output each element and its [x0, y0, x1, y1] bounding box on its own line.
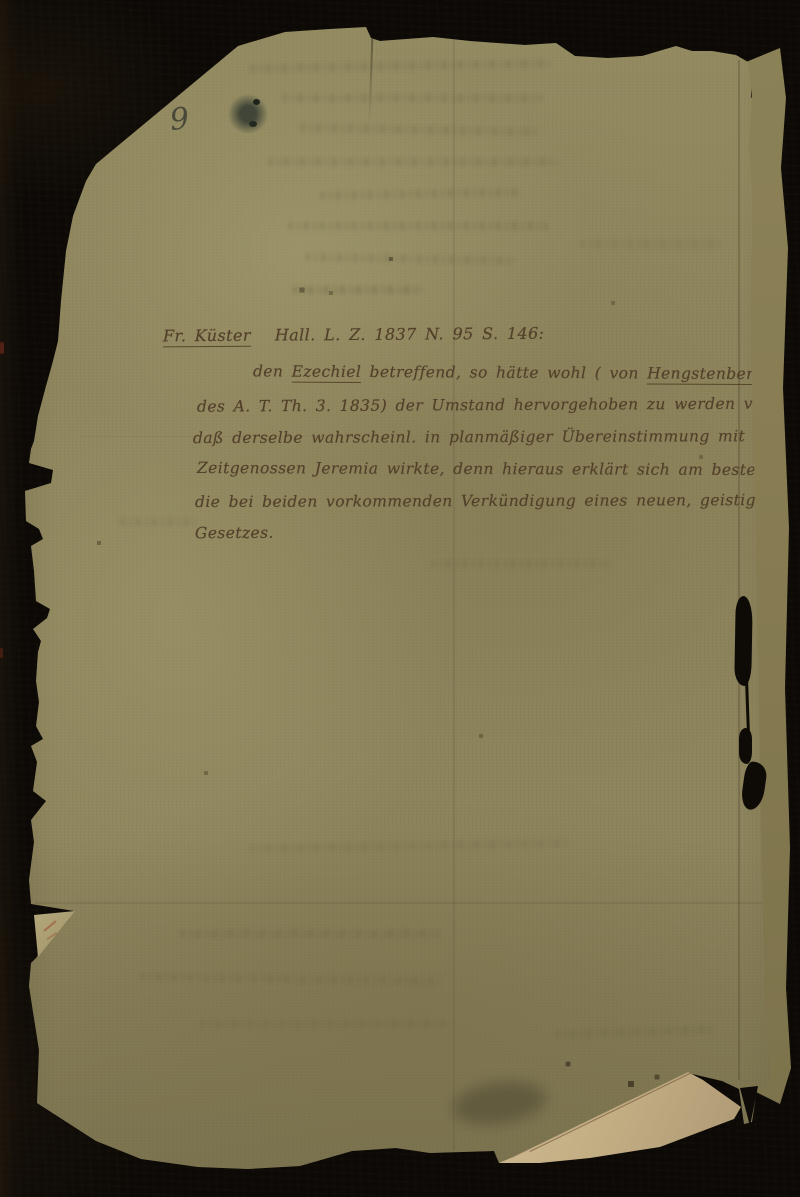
underlined-word: Ezechiel	[292, 363, 362, 383]
red-fleck	[0, 648, 3, 658]
underlined-word: Hengstenberg	[647, 364, 764, 385]
handwritten-text: Zeitgenossen Jeremia wirkte, denn hierau…	[197, 459, 766, 479]
handwritten-text: betreffend, so hätte wohl ( von	[361, 363, 647, 382]
manuscript-page: 9 Fr. KüsterHall. L. Z. 1837 N. 95 S. 14…	[0, 0, 800, 1197]
handwritten-text: die bei beiden vorkommenden Verkündigung…	[195, 491, 793, 511]
handwritten-line-5: Zeitgenossen Jeremia wirkte, denn hierau…	[197, 459, 766, 479]
handwritten-line-1: Fr. KüsterHall. L. Z. 1837 N. 95 S. 146:	[163, 324, 545, 346]
handwritten-line-4: daß derselbe wahrscheinl. in planmäßiger…	[193, 427, 800, 447]
tear-right-upper	[734, 596, 753, 686]
handwritten-line-7: Gesetzes.	[195, 524, 274, 543]
tear-right-mid	[739, 728, 752, 764]
handwritten-line-2: den Ezechiel betreffend, so hätte wohl (…	[253, 362, 800, 383]
red-fleck	[0, 342, 4, 354]
handwriting-block: Fr. KüsterHall. L. Z. 1837 N. 95 S. 146:…	[0, 0, 800, 1197]
handwritten-text: daß derselbe wahrscheinl. in planmäßiger…	[193, 427, 800, 447]
handwritten-line-3: des A. T. Th. 3. 1835) der Umstand hervo…	[197, 394, 800, 415]
handwritten-text: Gesetzes.	[195, 524, 274, 543]
handwritten-line-6: die bei beiden vorkommenden Verkündigung…	[195, 491, 793, 511]
underlined-word: Fr. Küster	[163, 326, 251, 348]
handwritten-text: den	[253, 362, 292, 380]
handwritten-text: des A. T. Th. 3. 1835) der Umstand hervo…	[197, 394, 800, 415]
handwritten-text: Hall. L. Z. 1837 N. 95 S. 146:	[275, 324, 545, 345]
